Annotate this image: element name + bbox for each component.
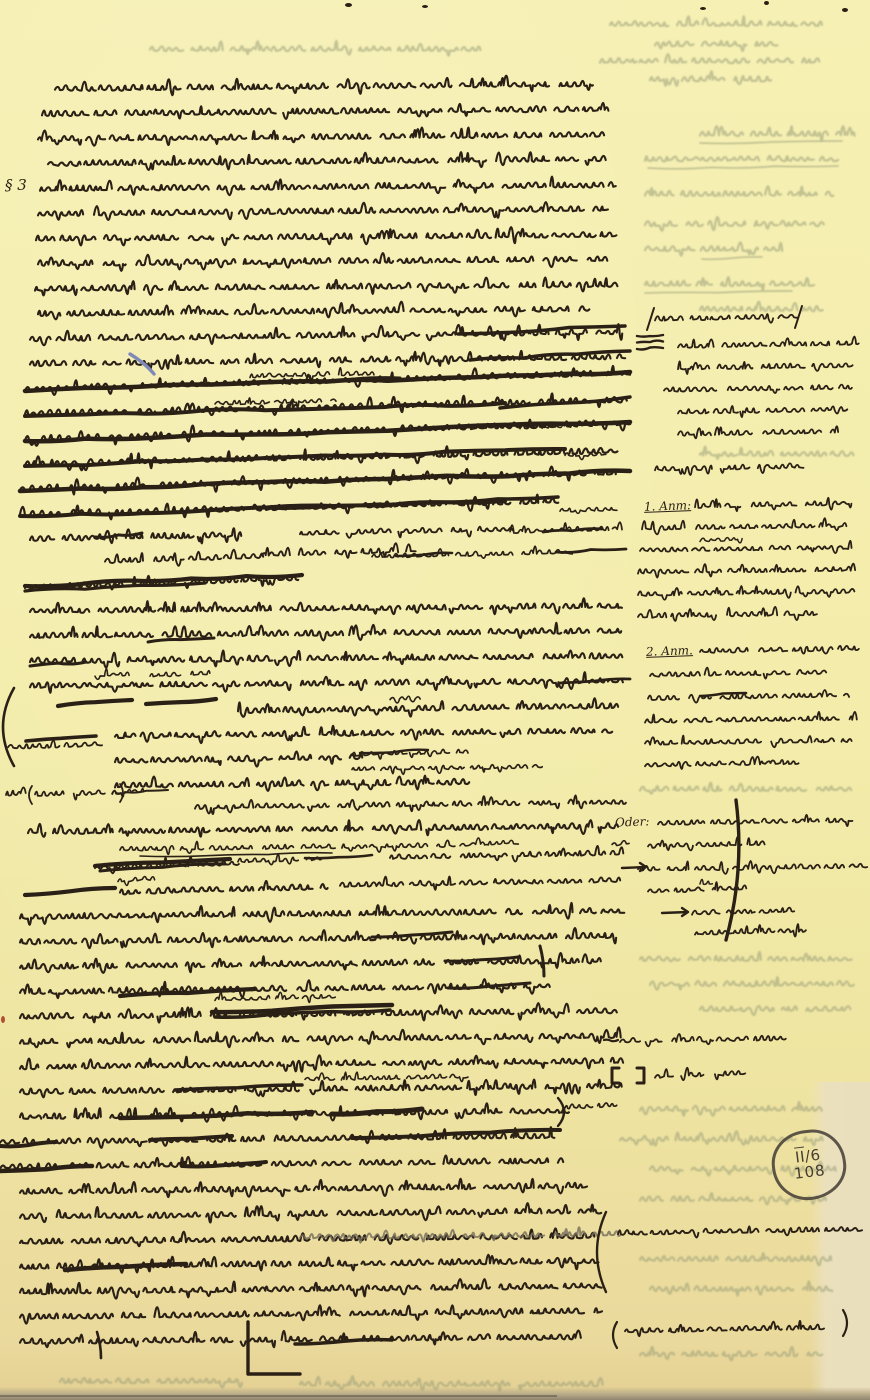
handwritten-line — [35, 278, 617, 296]
strikethrough-mark — [25, 888, 115, 895]
handwritten-line — [645, 736, 852, 748]
handwritten-line — [700, 646, 859, 654]
handwritten-line — [640, 541, 852, 553]
note-label-oder: Oder: — [615, 814, 650, 829]
handwritten-line — [20, 903, 624, 925]
handwritten-line — [390, 846, 623, 862]
handwritten-line — [640, 952, 852, 961]
handwritten-line — [695, 498, 851, 511]
handwritten-line — [20, 1027, 621, 1047]
underline-mark — [645, 291, 792, 293]
handwritten-line — [262, 543, 416, 558]
handwritten-line — [30, 623, 621, 641]
strikethrough-mark — [305, 855, 372, 858]
handwritten-line — [20, 1255, 599, 1273]
handwritten-line — [120, 881, 328, 894]
handwritten-line — [650, 668, 826, 679]
handwritten-line — [655, 1068, 745, 1080]
handwritten-line — [118, 877, 155, 886]
ink-writing — [0, 1, 867, 1374]
handwritten-line — [340, 877, 620, 890]
handwritten-line — [20, 1305, 602, 1323]
strikethrough-mark — [150, 1136, 232, 1140]
handwritten-line — [150, 41, 480, 56]
strikethrough-mark — [120, 989, 255, 996]
handwritten-line — [658, 815, 852, 826]
handwritten-line — [215, 398, 336, 407]
handwritten-line — [30, 351, 625, 369]
handwritten-line — [638, 861, 867, 874]
handwritten-line — [20, 928, 616, 948]
handwritten-line — [692, 908, 794, 915]
handwritten-line — [105, 550, 263, 566]
handwritten-line — [30, 598, 622, 614]
ink-speck — [345, 3, 352, 7]
handwritten-line — [215, 992, 335, 1002]
strikethrough-mark — [560, 679, 630, 683]
handwritten-line — [6, 787, 26, 795]
handwritten-line — [648, 837, 765, 850]
handwritten-line — [30, 324, 622, 345]
handwritten-line — [40, 177, 616, 195]
handwritten-line — [115, 776, 469, 791]
ink-speck — [422, 5, 428, 8]
parenthesis-mark — [29, 786, 32, 804]
handwritten-line — [48, 152, 606, 170]
strikethrough-mark — [25, 422, 630, 441]
parenthesis-mark — [3, 688, 14, 766]
strikethrough-mark — [146, 699, 216, 704]
strikethrough-mark — [556, 549, 626, 552]
handwritten-line — [678, 336, 859, 347]
handwritten-line — [30, 650, 622, 667]
handwritten-line — [645, 186, 833, 196]
handwritten-line — [640, 1253, 831, 1265]
triple-bar-mark — [637, 341, 663, 343]
handwritten-line — [645, 277, 814, 289]
strikethrough-mark — [148, 638, 214, 642]
handwritten-line — [120, 840, 455, 854]
ink-speck — [764, 1, 769, 5]
parenthesis-mark — [843, 1310, 847, 1336]
handwritten-line — [640, 1347, 822, 1361]
strikethrough-mark — [30, 662, 86, 666]
handwritten-line — [655, 41, 777, 51]
handwritten-line — [645, 156, 838, 161]
handwritten-line — [700, 447, 853, 459]
handwritten-line — [300, 1376, 603, 1391]
handwritten-line — [0, 1127, 554, 1148]
ink-speck — [1, 1016, 5, 1023]
handwritten-line — [648, 690, 849, 703]
handwritten-line — [612, 841, 629, 846]
handwritten-line — [20, 1203, 601, 1222]
handwritten-line — [565, 453, 606, 460]
handwritten-line — [390, 696, 420, 703]
handwritten-line — [38, 128, 604, 146]
handwritten-line — [638, 607, 817, 621]
section-mark: § 3 — [5, 176, 27, 194]
handwritten-line — [38, 302, 589, 320]
handwritten-line — [115, 726, 612, 743]
handwritten-line — [678, 361, 853, 374]
strikethrough-mark — [120, 1112, 312, 1118]
arrow-icon — [622, 863, 646, 871]
handwritten-line — [648, 882, 746, 892]
handwritten-line — [305, 1072, 468, 1081]
manuscript-handwriting — [0, 0, 870, 1400]
handwritten-line — [700, 302, 823, 311]
handwritten-line — [678, 406, 847, 417]
stamp-number-bottom: 108 — [793, 1163, 826, 1182]
slash-mark — [647, 308, 654, 330]
arrow-icon — [662, 908, 688, 916]
strikethrough-mark — [25, 403, 505, 416]
handwritten-line — [300, 527, 512, 538]
handwritten-line — [650, 71, 771, 85]
strikethrough-mark — [20, 471, 630, 491]
handwritten-line — [700, 126, 855, 140]
handwritten-line — [610, 16, 822, 26]
bracket-box-icon — [612, 1068, 644, 1083]
handwritten-line — [700, 1006, 850, 1015]
handwritten-line — [35, 790, 121, 799]
handwritten-line — [238, 698, 618, 716]
underline-mark — [702, 257, 762, 259]
triple-bar-mark — [637, 335, 663, 337]
handwritten-line — [620, 1034, 786, 1046]
handwritten-line — [678, 426, 838, 438]
handwritten-line — [560, 508, 617, 514]
parenthesis-mark — [613, 1322, 617, 1348]
handwritten-line — [700, 538, 742, 543]
handwritten-line — [38, 253, 607, 271]
handwritten-line — [20, 1179, 587, 1197]
manuscript-page: § 3 1. Anm: 2. Anm. Oder: II/6 108 — [0, 0, 870, 1400]
handwritten-line — [150, 671, 210, 677]
parenthesis-mark — [597, 1212, 606, 1292]
note-label-anm1: 1. Anm: — [644, 498, 692, 514]
handwritten-line — [42, 103, 608, 119]
handwritten-line — [565, 1103, 617, 1109]
handwritten-line — [618, 1226, 862, 1237]
vertical-stroke-mark — [97, 1332, 101, 1358]
triple-bar-mark — [637, 347, 663, 349]
handwritten-line — [640, 783, 851, 794]
handwritten-line — [645, 217, 824, 231]
handwritten-line — [20, 953, 601, 973]
strikethrough-mark — [25, 449, 565, 466]
handwritten-line — [645, 242, 782, 255]
handwritten-line — [640, 1102, 822, 1116]
handwritten-line — [600, 54, 819, 63]
vertical-stroke-mark — [540, 946, 544, 976]
handwritten-line — [115, 752, 362, 767]
handwritten-line — [650, 1281, 832, 1295]
strikethrough-mark — [604, 1040, 618, 1042]
handwritten-line — [655, 463, 804, 475]
handwritten-line — [700, 879, 712, 884]
handwritten-line — [95, 669, 129, 680]
handwritten-line — [352, 765, 542, 775]
handwritten-line — [460, 838, 518, 846]
handwritten-line — [20, 1080, 622, 1098]
underline-mark — [648, 166, 838, 169]
strikethrough-mark — [26, 736, 96, 741]
strikethrough-mark — [58, 700, 132, 706]
handwritten-line — [645, 756, 799, 769]
handwritten-line — [60, 1378, 242, 1387]
handwritten-line — [642, 518, 846, 534]
handwritten-line — [28, 820, 618, 837]
underline-mark — [700, 141, 842, 143]
handwritten-line — [20, 1279, 602, 1298]
handwritten-line — [36, 227, 616, 245]
handwritten-line — [655, 314, 798, 323]
handwritten-line — [695, 924, 806, 936]
handwritten-line — [625, 1321, 824, 1336]
handwritten-line — [664, 385, 852, 393]
handwritten-line — [38, 202, 608, 220]
handwritten-line — [645, 712, 857, 723]
handwritten-line — [8, 740, 102, 748]
handwritten-line — [55, 76, 593, 95]
note-label-anm2: 2. Anm. — [646, 643, 693, 659]
handwritten-line — [650, 977, 854, 989]
handwritten-line — [195, 795, 626, 814]
handwritten-line — [20, 1055, 623, 1071]
ink-speck — [700, 7, 706, 10]
ink-speck — [842, 8, 848, 12]
handwritten-line — [638, 564, 855, 578]
handwritten-line — [638, 586, 854, 600]
